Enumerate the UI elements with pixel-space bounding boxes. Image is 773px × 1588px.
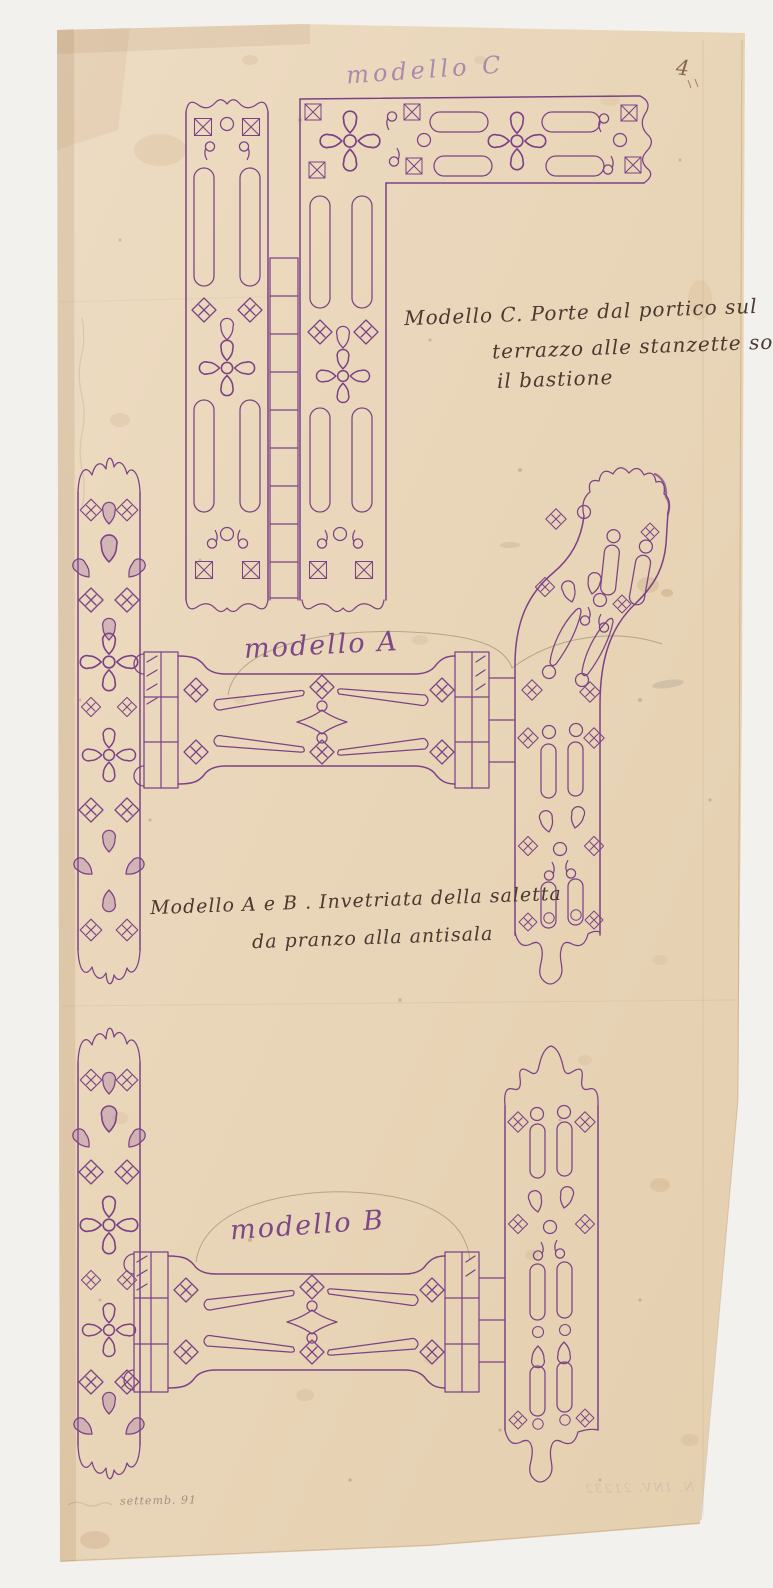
paper-sheet <box>57 24 745 1562</box>
drawing-canvas <box>0 0 773 1588</box>
scanned-drawing-sheet: modello C 4 Modello C. Porte dal portico… <box>0 0 773 1588</box>
